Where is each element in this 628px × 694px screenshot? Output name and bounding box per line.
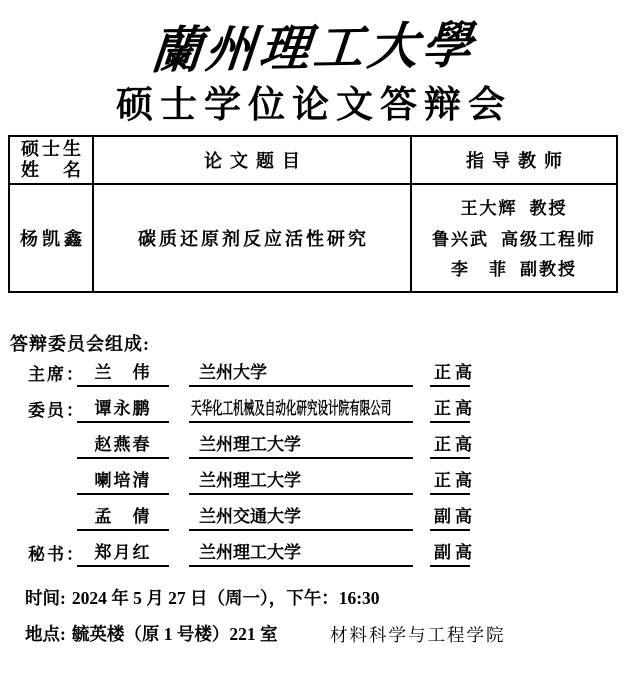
location-line: 地点:毓英楼（原 1 号楼）221 室 (25, 621, 277, 646)
advisor-name: 王大辉 (461, 199, 518, 218)
member-rank-field: 副高 (430, 541, 470, 567)
advisor-list-cell: 王大辉教授 鲁兴武高级工程师 李 菲副教授 (411, 184, 617, 292)
advisor-row: 李 菲副教授 (412, 255, 616, 280)
advisor-title: 教授 (530, 199, 568, 218)
member-affiliation-field: 兰州大学 (189, 361, 413, 387)
info-table-header-row: 硕士生 姓名 论文题目 指导教师 (9, 136, 617, 184)
member-rank-field: 正高 (430, 397, 470, 423)
advisor-row: 鲁兴武高级工程师 (412, 225, 616, 250)
student-header-line2: 姓名 (21, 160, 81, 181)
member-affiliation-field: 天华化工机械及自动化研究设计院有限公司 (189, 397, 413, 423)
thesis-title-header-cell: 论文题目 (93, 136, 411, 184)
committee-row-chair: 主席： 兰 伟 兰州大学 正高 (0, 361, 628, 387)
advisor-name: 李 菲 (451, 260, 508, 279)
page-title: 硕士学位论文答辩会 (0, 74, 628, 128)
member-affiliation-text: 天华化工机械及自动化研究设计院有限公司 (191, 397, 391, 421)
member-affiliation-field: 兰州理工大学 (189, 469, 413, 495)
member-name-field: 兰 伟 (77, 361, 169, 387)
committee-row-member: 喇培清 兰州理工大学 正高 (0, 469, 628, 495)
student-name-header-cell: 硕士生 姓名 (9, 136, 93, 184)
member-name-field: 赵燕春 (77, 433, 169, 459)
advisor-list: 王大辉教授 鲁兴武高级工程师 李 菲副教授 (412, 194, 616, 280)
member-rank-field: 正高 (430, 433, 470, 459)
location-value: 毓英楼（原 1 号楼）221 室 (72, 624, 278, 644)
info-table: 硕士生 姓名 论文题目 指导教师 杨凯鑫 碳质还原剂反应活性研究 王大辉教授 鲁… (8, 135, 618, 293)
advisor-header-cell: 指导教师 (411, 136, 617, 184)
time-value: 2024 年 5 月 27 日（周一），下午：16:30 (72, 588, 380, 608)
time-label: 时间: (25, 588, 66, 608)
defense-announcement-document: 蘭州理工大學 硕士学位论文答辩会 硕士生 姓名 论文题目 指导教师 杨凯鑫 碳质… (0, 0, 628, 694)
member-rank-field: 正高 (430, 469, 470, 495)
member-affiliation-field: 兰州理工大学 (189, 541, 413, 567)
advisor-title: 高级工程师 (501, 230, 596, 249)
advisor-title: 副教授 (520, 260, 577, 279)
department-name: 材料科学与工程学院 (330, 622, 506, 647)
member-name-field: 喇培清 (77, 469, 169, 495)
student-name: 杨凯鑫 (9, 184, 93, 292)
member-rank-field: 副高 (430, 505, 470, 531)
thesis-title: 碳质还原剂反应活性研究 (93, 184, 411, 292)
member-name-field: 郑月红 (77, 541, 169, 567)
committee-heading: 答辩委员会组成: (10, 330, 150, 356)
time-line: 时间:2024 年 5 月 27 日（周一），下午：16:30 (25, 585, 380, 610)
student-header-line1: 硕士生 (21, 139, 81, 160)
member-affiliation-field: 兰州理工大学 (189, 433, 413, 459)
location-label: 地点: (25, 624, 66, 644)
member-rank-field: 正高 (430, 361, 470, 387)
advisor-row: 王大辉教授 (412, 194, 616, 219)
info-table-data-row: 杨凯鑫 碳质还原剂反应活性研究 王大辉教授 鲁兴武高级工程师 李 菲副教授 (9, 184, 617, 292)
committee-row-secretary: 秘书： 郑月红 兰州理工大学 副高 (0, 541, 628, 567)
committee-row-member: 赵燕春 兰州理工大学 正高 (0, 433, 628, 459)
member-name-field: 谭永鹏 (77, 397, 169, 423)
member-affiliation-field: 兰州交通大学 (189, 505, 413, 531)
member-name-field: 孟 倩 (77, 505, 169, 531)
committee-row-member: 孟 倩 兰州交通大学 副高 (0, 505, 628, 531)
committee-row-member: 委员： 谭永鹏 天华化工机械及自动化研究设计院有限公司 正高 (0, 397, 628, 423)
advisor-name: 鲁兴武 (432, 230, 489, 249)
